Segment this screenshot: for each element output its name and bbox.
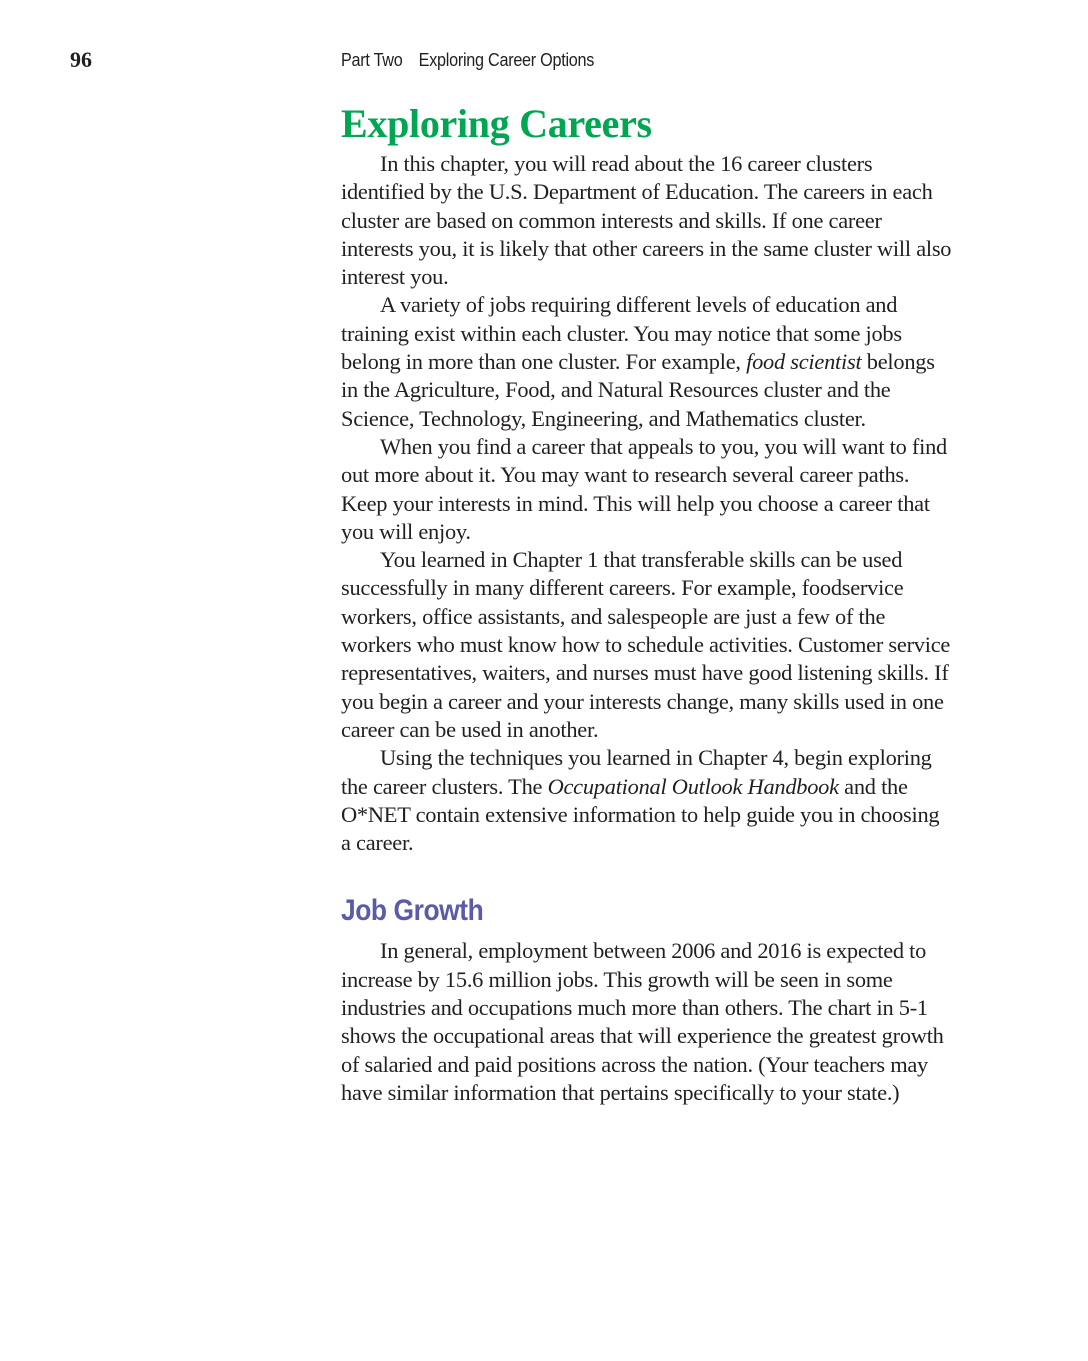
paragraph: You learned in Chapter 1 that transferab… — [341, 546, 953, 744]
section-title: Exploring Careers — [341, 98, 953, 150]
italic-title: Occupational Outlook Handbook — [548, 774, 839, 799]
paragraph: In this chapter, you will read about the… — [341, 150, 953, 291]
paragraph: Using the techniques you learned in Chap… — [341, 744, 953, 857]
page-number: 96 — [70, 47, 92, 73]
italic-term: food scientist — [746, 349, 861, 374]
paragraph: In general, employment between 2006 and … — [341, 937, 953, 1107]
running-head-part: Part Two — [341, 50, 402, 70]
main-content: Exploring Careers In this chapter, you w… — [341, 98, 953, 1107]
paragraph: A variety of jobs requiring different le… — [341, 291, 953, 432]
subsection-title: Job Growth — [341, 891, 880, 931]
running-head: Part TwoExploring Career Options — [341, 50, 594, 71]
running-head-title: Exploring Career Options — [419, 50, 594, 70]
paragraph: When you find a career that appeals to y… — [341, 433, 953, 546]
